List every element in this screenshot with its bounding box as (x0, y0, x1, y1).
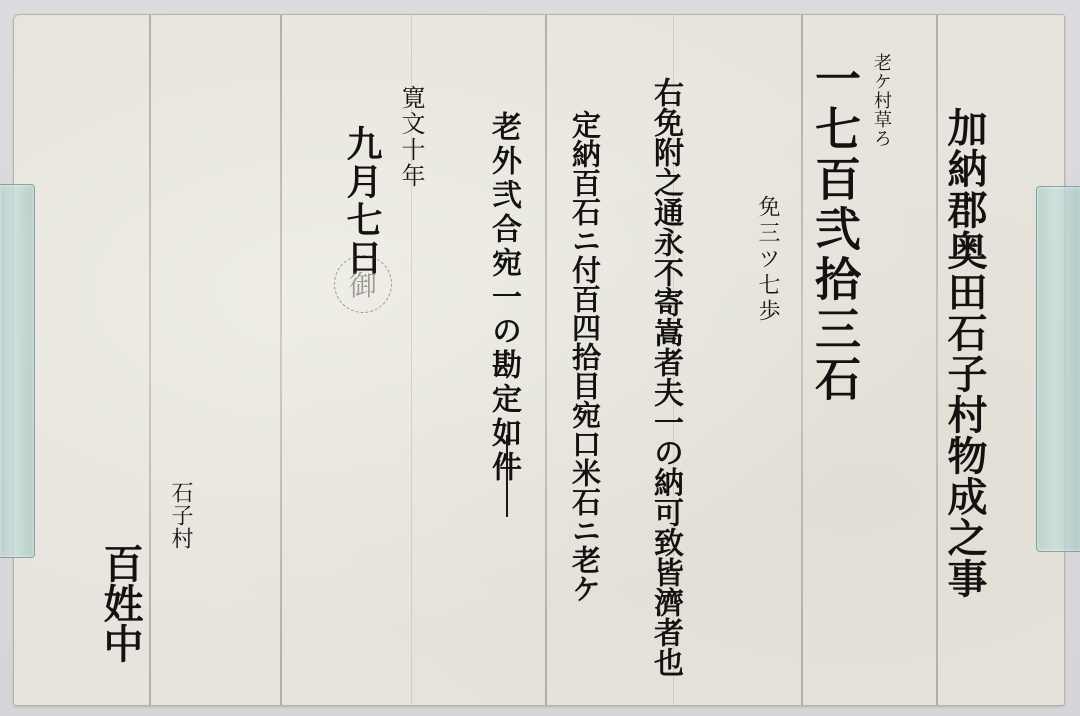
tax-rate-note: 免三ツ七歩 (756, 195, 778, 325)
glass-weight-right (1036, 186, 1080, 552)
photo-stage: 加納郡奥田石子村物成之事 老ケ村草ろ 一七百弐拾三石 免三ツ七歩 右免附之通永不… (0, 0, 1080, 716)
addressee-village: 石子村 (169, 481, 191, 550)
body-line-1: 右免附之通永不寄嵩者夫一の納可致皆濟者也 (650, 77, 680, 677)
fold-line (936, 15, 938, 705)
document-paper: 加納郡奥田石子村物成之事 老ケ村草ろ 一七百弐拾三石 免三ツ七歩 右免附之通永不… (13, 14, 1065, 706)
village-note: 老ケ村草ろ (872, 53, 890, 148)
era-year: 寛文十年 (399, 85, 423, 189)
body-line-3: 老外弐合宛一の勘定如件 (488, 111, 518, 485)
fold-line (545, 15, 547, 705)
glass-weight-left (0, 184, 35, 558)
fold-line (149, 15, 151, 705)
round-seal-stamp: 御 (334, 255, 392, 313)
body-line-2: 定納百石ニ付百四拾目宛口米石ニ老ケ (570, 110, 599, 603)
assessed-amount: 一七百弐拾三石 (812, 55, 858, 405)
addressee-farmers: 百姓中 (100, 543, 140, 663)
seal-mark-icon: 御 (349, 264, 377, 304)
trailing-brush-stroke (506, 435, 508, 517)
fold-line (280, 15, 282, 705)
fold-line (801, 15, 803, 705)
document-title: 加納郡奥田石子村物成之事 (944, 107, 984, 599)
